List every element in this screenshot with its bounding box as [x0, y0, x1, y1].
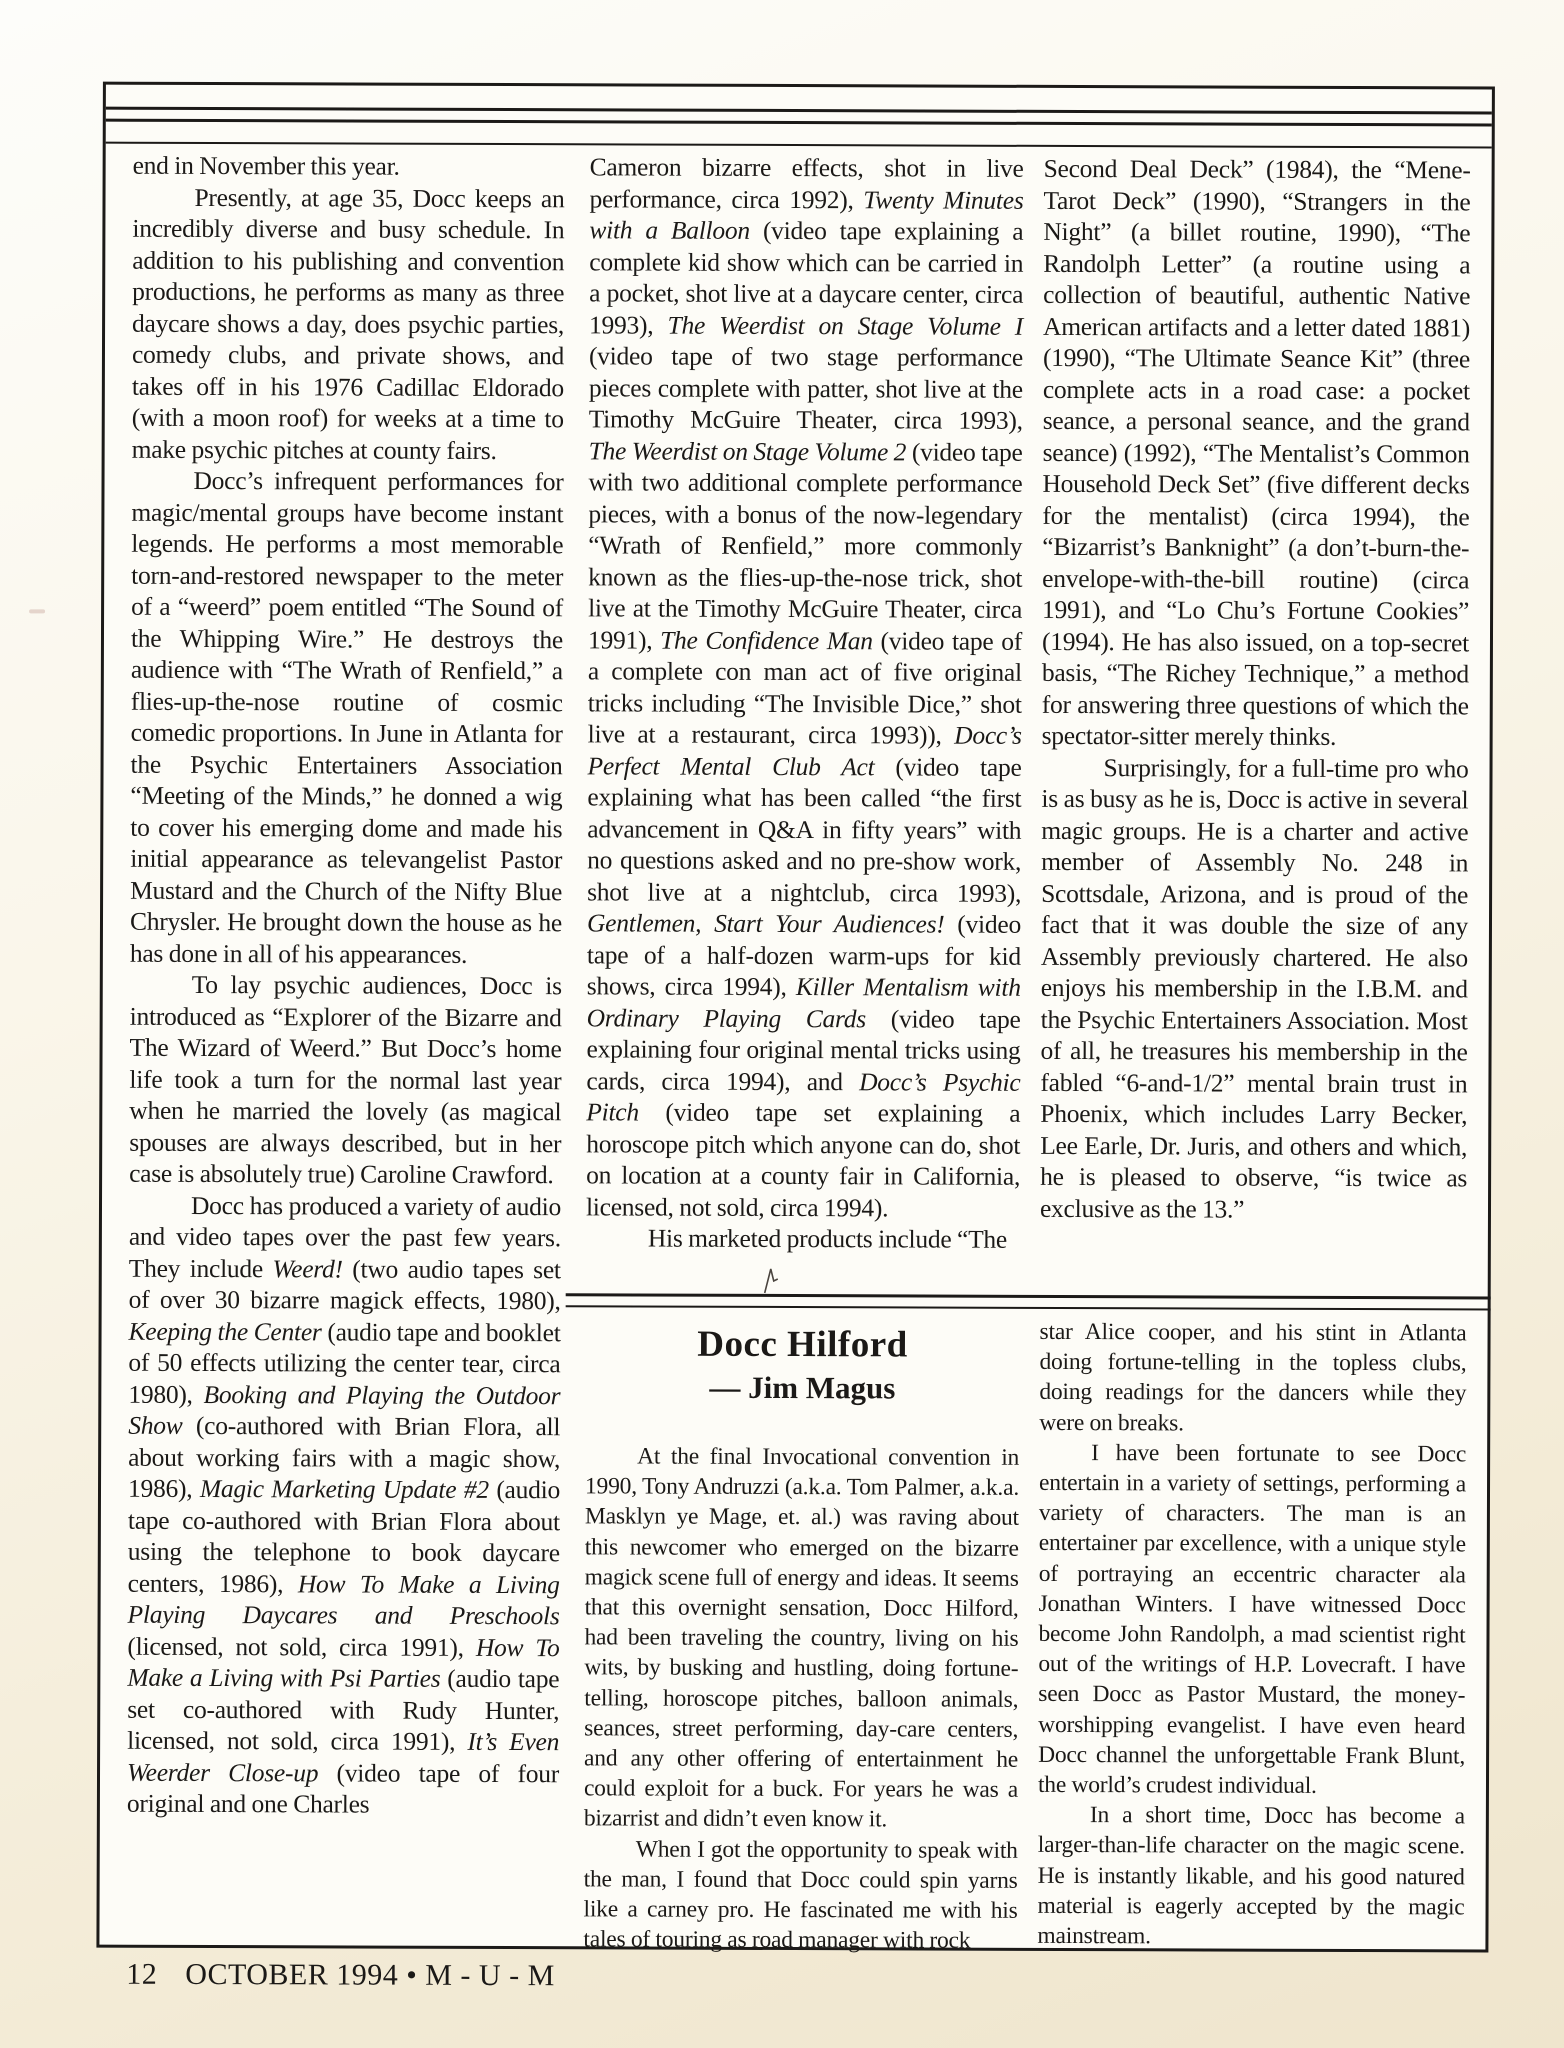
paragraph: star Alice cooper, and his stint in Atla… — [1039, 1317, 1466, 1439]
product-title-italic: Gentlemen, Start Your Audiences! — [587, 908, 945, 938]
body-text: His marketed products include “The — [648, 1224, 1007, 1254]
body-text: When I got the opportunity to speak with… — [583, 1836, 1017, 1954]
section-column-middle: At the final Invocational convention in … — [583, 1441, 1019, 1956]
scanned-magazine-page: end in November this year.Presently, at … — [0, 0, 1564, 2048]
body-text: (video tape with two additional complete… — [588, 437, 1023, 654]
section-byline: — Jim Magus — [585, 1369, 1019, 1407]
body-text: (video tape set explaining a horoscope p… — [586, 1098, 1020, 1222]
paragraph: Cameron bizarre effects, shot in live pe… — [586, 151, 1024, 1224]
paragraph: I have been fortunate to see Docc entert… — [1038, 1438, 1466, 1802]
paragraph: Presently, at age 35, Docc keeps an incr… — [132, 181, 565, 466]
product-title-italic: The Weerdist on Stage Volume I — [668, 310, 1024, 340]
scan-artifact-mark — [759, 1266, 781, 1296]
body-text: star Alice cooper, and his stint in Atla… — [1039, 1319, 1466, 1436]
product-title-italic: The Confidence Man — [660, 625, 873, 655]
body-text: end in November this year. — [133, 151, 400, 181]
paragraph: To lay psychic audiences, Docc is introd… — [129, 969, 562, 1191]
product-title-italic: Weerd! — [273, 1254, 343, 1283]
paragraph: Second Deal Deck” (1984), the “Mene-Taro… — [1042, 153, 1471, 753]
header-rule-middle — [106, 119, 1492, 127]
body-text: (video tape of two stage performance pie… — [589, 341, 1023, 435]
issue-label: OCTOBER 1994 • M - U - M — [185, 1958, 555, 1992]
margin-dash-mark — [29, 609, 45, 613]
product-title-italic: The Weerdist on Stage Volume 2 — [589, 436, 907, 466]
paragraph: At the final Invocational convention in … — [584, 1441, 1019, 1835]
header-rule-bottom — [106, 142, 1492, 149]
body-text: I have been fortunate to see Docc entert… — [1038, 1440, 1466, 1799]
section-column-right: star Alice cooper, and his stint in Atla… — [1037, 1317, 1466, 1953]
paragraph: His marketed products include “The — [586, 1222, 1020, 1255]
body-text: Docc’s infrequent performances for magic… — [130, 466, 564, 968]
section-header: Docc Hilford — Jim Magus — [585, 1322, 1019, 1407]
article-column-left: end in November this year.Presently, at … — [127, 150, 565, 1821]
paragraph: Docc has produced a variety of audio and… — [127, 1189, 561, 1821]
body-text: (licensed, not sold, circa 1991), — [127, 1631, 476, 1661]
body-text: Surprisingly, for a full-time pro who is… — [1040, 753, 1469, 1223]
paragraph: Docc’s infrequent performances for magic… — [130, 465, 564, 971]
paragraph: In a short time, Docc has become a large… — [1037, 1800, 1465, 1953]
paragraph: When I got the opportunity to speak with… — [583, 1834, 1017, 1956]
page-number: 12 — [126, 1958, 157, 1991]
product-title-italic: Magic Marketing Update #2 — [200, 1474, 489, 1504]
body-text: In a short time, Docc has become a large… — [1037, 1802, 1465, 1949]
section-title: Docc Hilford — [585, 1322, 1019, 1367]
body-text: Second Deal Deck” (1984), the “Mene-Taro… — [1042, 154, 1471, 751]
article-column-middle: Cameron bizarre effects, shot in live pe… — [586, 151, 1024, 1255]
body-text: At the final Invocational convention in … — [584, 1443, 1019, 1832]
product-title-italic: Keeping the Center — [129, 1316, 322, 1346]
paragraph: end in November this year. — [133, 150, 565, 183]
paragraph: Surprisingly, for a full-time pro who is… — [1040, 751, 1469, 1225]
page-footer: 12OCTOBER 1994 • M - U - M — [126, 1958, 555, 1993]
header-rule-top — [106, 107, 1492, 115]
article-column-right: Second Deal Deck” (1984), the “Mene-Taro… — [1040, 153, 1471, 1225]
body-text: To lay psychic audiences, Docc is introd… — [129, 970, 562, 1189]
body-text: Presently, at age 35, Docc keeps an incr… — [132, 182, 565, 464]
